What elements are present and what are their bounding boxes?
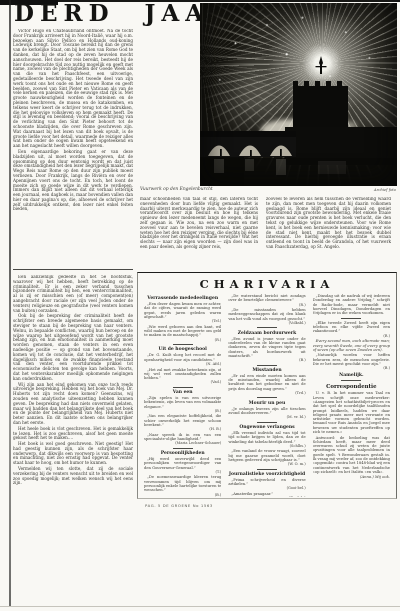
article-part-2: Een aanzienlijk gedeelte in het 5e hoofd… xyxy=(13,275,133,496)
item-source: (B.) xyxy=(144,493,221,497)
charivaria-item: „Van een elegantste hoffelijkheid, die s… xyxy=(144,414,221,431)
water-reflections xyxy=(214,159,346,175)
castle-and-bridge-silhouette xyxy=(200,3,397,186)
item-source: (T.) xyxy=(144,470,221,474)
charivaria-item: „Amateriks praagaar.”(Funk b.) xyxy=(228,492,305,497)
paragraph: maar schoonheden van taal of stijl, den … xyxy=(140,197,258,250)
charivaria-item: „Elke tweede Zweed heeft zijn eigen tele… xyxy=(313,321,390,338)
item-divider xyxy=(257,327,277,328)
statue-arms xyxy=(316,66,327,67)
charivaria-item-header: Correspondentie xyxy=(313,384,390,390)
paragraph: zooveel te leveren als hem tusschen de v… xyxy=(266,197,391,250)
item-divider xyxy=(341,380,361,381)
item-source: (H. B.) xyxy=(144,427,221,431)
photo-caption: Vuurwerk op den Engelenburcht xyxy=(140,187,290,192)
page-footer: PAG. 5 DE GROENE No 1563 xyxy=(145,503,255,508)
charivaria-item: „Dinsdag uit de nadruk of wij iedereen D… xyxy=(313,294,390,315)
charivaria-item-header: Zeldzaam borduurwerk xyxy=(228,331,305,336)
charivaria-column-2: „De waterstand bericht niet zondags over… xyxy=(228,294,305,497)
charivaria-title: CHARIVARIA xyxy=(138,277,396,291)
bridge-body xyxy=(200,137,296,157)
charivaria-item: „Een avond is jeune voor onder de onderd… xyxy=(228,337,305,363)
charivaria-item: „Het zal met zwakke beteekenis zijn, of … xyxy=(144,368,221,385)
charivaria-item: „Zijn spelen is van een uitvoerige beken… xyxy=(144,396,221,413)
castle-drum xyxy=(293,81,348,138)
charivaria-section: CHARIVARIA Verrassende mededeelingen„Een… xyxy=(137,272,397,499)
item-source: (Funk b.) xyxy=(228,496,305,497)
paragraph: Wij zijn aan het eind gekomen van onze t… xyxy=(13,383,133,426)
item-source: (N. Afd.) xyxy=(144,362,221,366)
item-source: (W. O. m.) xyxy=(228,462,305,466)
paragraph: Een aanzienlijk gedeelte in het 5e hoofd… xyxy=(13,275,133,313)
charivaria-item: „Naar spreek ik in een van een speciaals… xyxy=(144,433,221,446)
charivaria-item: Every second man, each alternate man; ev… xyxy=(313,339,390,352)
bridge-deck xyxy=(200,131,296,137)
photo-credit: Archief foto xyxy=(330,188,396,192)
paragraph: Victor Hugo en Châteaubriand ontmoet. Na… xyxy=(13,29,133,149)
item-divider xyxy=(341,318,361,319)
paragraph: Het heele boek is vlot geschreven. Het i… xyxy=(13,427,133,441)
item-source: (Schlbs.) xyxy=(228,444,305,448)
river-water xyxy=(200,158,397,186)
item-source: (B.) xyxy=(228,358,305,362)
charivaria-column-3: „Dinsdag uit de nadruk of wij iedereen D… xyxy=(313,294,390,497)
charivaria-columns: Verrassende mededeelingen„Een dezer dage… xyxy=(138,294,396,497)
item-source: (Volksbl.) xyxy=(228,321,305,325)
charivaria-item: (Anna.) Mij ook. xyxy=(313,475,390,479)
fireworks-burst-small xyxy=(200,3,322,183)
charivaria-item-header: Verrassende mededeelingen xyxy=(144,296,221,301)
charivaria-item: „Wie werd geboren aan den kant, wil wild… xyxy=(144,325,221,342)
smoke-cloud xyxy=(261,119,323,141)
scan-edge-artifact xyxy=(9,0,11,607)
charivaria-item: U. v. B. In het nummer van Taal en Leven… xyxy=(313,391,390,434)
paragraph: Het boek is wel goed geschreven. Niet ge… xyxy=(13,442,133,466)
item-divider xyxy=(257,365,277,366)
item-divider xyxy=(257,469,277,470)
right-column: zooveel te leveren als hem tusschen de v… xyxy=(266,197,391,269)
charivaria-item-header: Namelijk. xyxy=(313,373,390,378)
fireworks-sparks xyxy=(200,3,397,186)
page-bottom-edge xyxy=(0,606,400,607)
charivaria-item-header: Journalistieke voorzichtigheid xyxy=(228,472,305,477)
charivaria-item-header: Mourir un peu xyxy=(228,401,305,406)
item-source: (Maria Lechner-Schauer) xyxy=(144,441,221,445)
item-divider xyxy=(173,344,193,345)
charivaria-item: „Een dezer dagen kwam men er achter, dat… xyxy=(144,302,221,323)
newspaper-page: DERD JAAR Victor Hugo en Châteaubriand o… xyxy=(0,0,400,611)
charivaria-item: „Hij werd onverwijld deed een persoonlij… xyxy=(144,457,221,474)
statue-silhouette xyxy=(319,56,323,74)
bridge-arches xyxy=(208,146,292,157)
paragraph: Ook bij de bespreking der criminaliteit … xyxy=(13,314,133,381)
castle-base-wall xyxy=(285,127,397,165)
item-source: (B.) xyxy=(313,366,390,370)
charivaria-column-1: Verrassende mededeelingen„Een dezer dage… xyxy=(144,294,221,497)
item-source: (R.) xyxy=(228,303,305,307)
charivaria-item: „Dr. G. Kuilt sloeg het record met de op… xyxy=(144,353,221,366)
article-part-1: Victor Hugo en Châteaubriand ontmoet. Na… xyxy=(13,29,133,265)
fireworks-photo xyxy=(200,3,397,186)
item-divider xyxy=(257,422,277,423)
smoke-cloud xyxy=(323,120,357,132)
item-source: (R.) xyxy=(313,334,390,338)
item-divider xyxy=(173,387,193,388)
charivaria-item: „Elk vreemd individu zal van tijd tot ti… xyxy=(228,431,305,448)
charivaria-item: „Je onlangs kweera zijn alle tieschen av… xyxy=(228,407,305,420)
charivaria-item: „De misstanden hebben medezeggenschappen… xyxy=(228,308,305,325)
charivaria-item: „De waterstand bericht niet zondags over… xyxy=(228,294,305,307)
fireworks-burst-large xyxy=(200,3,397,186)
left-column: Victor Hugo en Châteaubriand ontmoet. Na… xyxy=(13,29,133,496)
item-source: (B.) xyxy=(144,409,221,413)
item-source: (Trd.) xyxy=(228,391,305,395)
charivaria-item: „Een vanland de vrouw vraagt, zooveel bi… xyxy=(228,449,305,466)
foreground-bank xyxy=(200,153,244,186)
charivaria-item: Antwoord: de bedoeling was dat Schiedam … xyxy=(313,436,390,475)
charivaria-item-header: Ongewone verlangens xyxy=(228,425,305,430)
item-divider xyxy=(173,448,193,449)
paragraph: Vermelden wij ten slotte, dat zij de soc… xyxy=(13,467,133,486)
paragraph: Een eigenaardige bekoring gaat er van de… xyxy=(13,150,133,212)
charivaria-item-header: Misstanden xyxy=(228,368,305,373)
charivaria-item: „Prima schrijverheid en diverse artikele… xyxy=(228,478,305,491)
charivaria-item: „Er zal een einde moeten komen aan de mi… xyxy=(228,374,305,395)
middle-column: maar schoonheden van taal of stijl, den … xyxy=(140,197,258,269)
item-source: (M. vr. bl.) xyxy=(228,415,305,419)
item-source: (Gooi-bel.) xyxy=(228,486,305,490)
item-divider xyxy=(257,397,277,398)
item-source: (Tel.) xyxy=(144,319,221,323)
section-divider-rule xyxy=(13,269,133,270)
item-source: (R.) xyxy=(144,338,221,342)
charivaria-item: „Natuurlijk worden voor heffen bekeuren … xyxy=(313,353,390,370)
charivaria-item: „De noemenswaardige kleeren terug verzwo… xyxy=(144,475,221,496)
item-source: (Vad.) xyxy=(144,380,221,384)
charivaria-item-header: Van een xyxy=(144,390,221,395)
charivaria-item-header: Persoonlijkheden xyxy=(144,451,221,456)
figures-on-bridge xyxy=(220,149,282,156)
charivaria-item-header: Uit de hoogeschool xyxy=(144,347,221,352)
